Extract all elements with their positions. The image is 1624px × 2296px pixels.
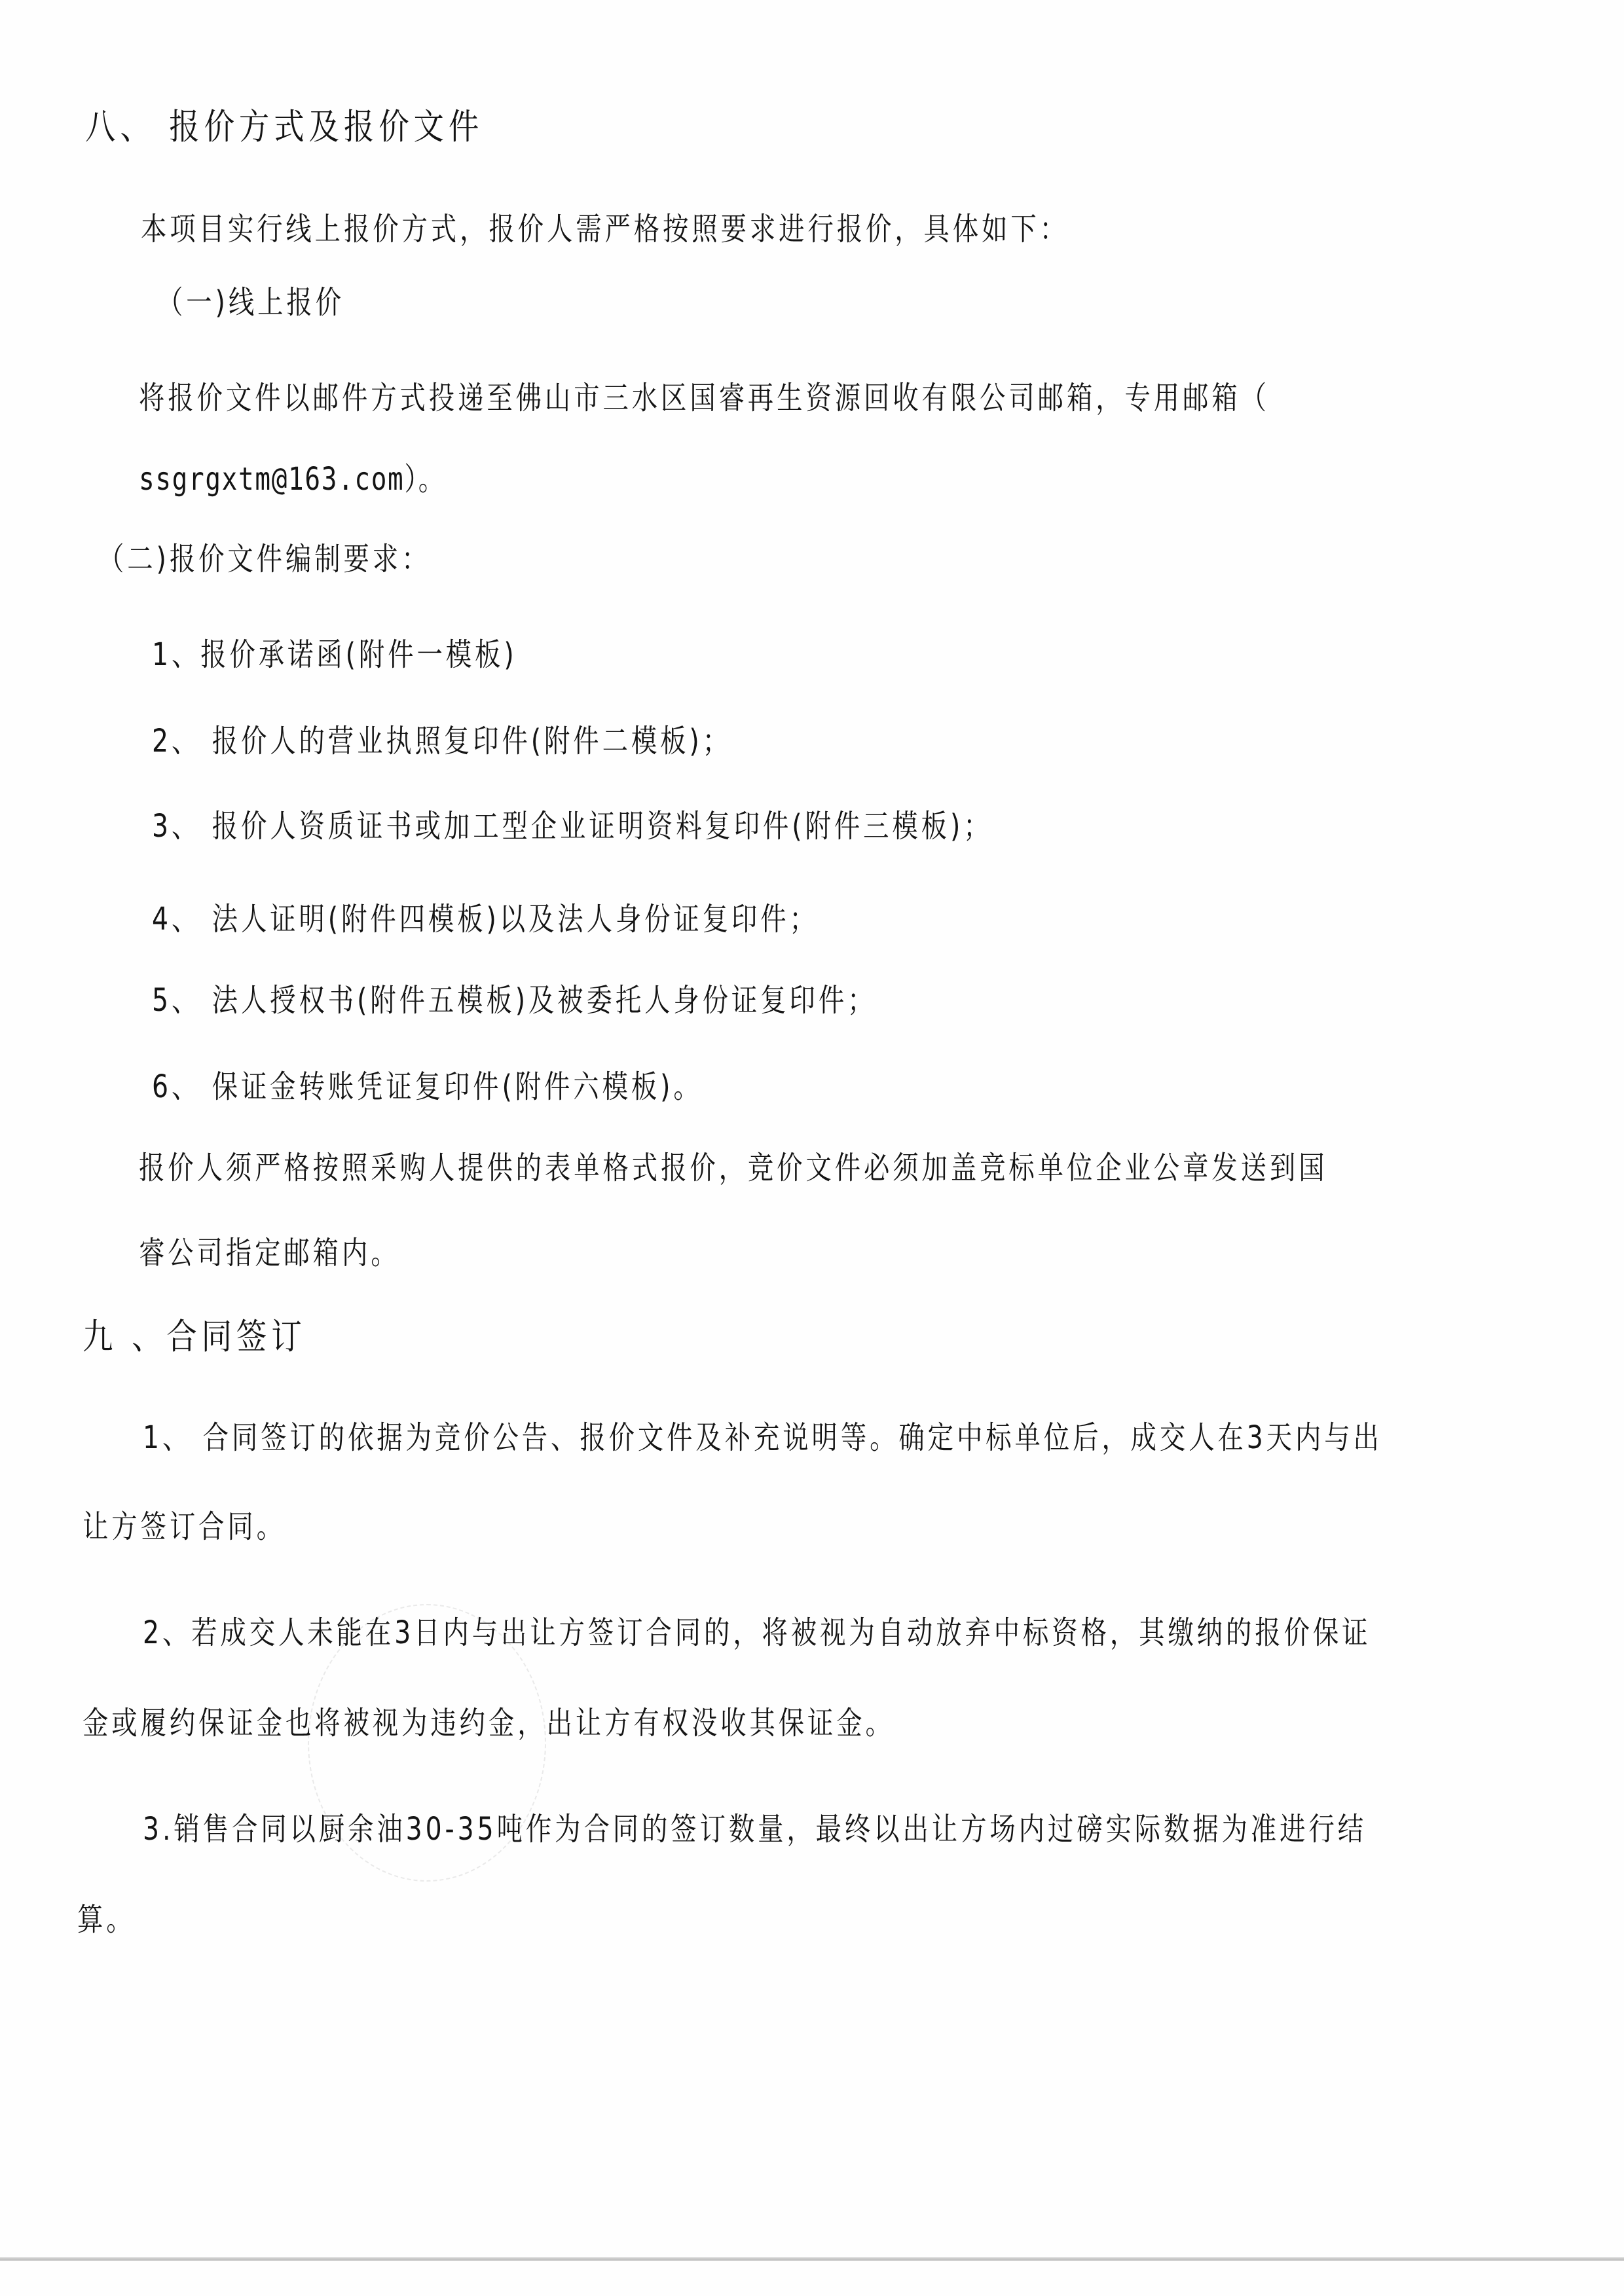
requirement-item-1: 1、报价承诺函(附件一模板) [152,634,517,676]
requirement-item-3: 3、 报价人资质证书或加工型企业证明资料复印件(附件三模板)； [152,805,993,847]
requirement-item-4: 4、 法人证明(附件四模板)以及法人身份证复印件； [152,898,819,940]
requirements-note-line1: 报价人须严格按照采购人提供的表单格式报价，竞价文件必须加盖竞标单位企业公章发送到… [139,1147,1327,1189]
clause-2-line1: 2、若成交人未能在3日内与出让方签订合同的，将被视为自动放弃中标资格，其缴纳的报… [143,1612,1371,1654]
online-quote-text-line1: 将报价文件以邮件方式投递至佛山市三水区国睿再生资源回收有限公司邮箱，专用邮箱（ [139,377,1270,419]
requirements-note-line2: 睿公司指定邮箱内。 [139,1232,400,1274]
requirement-item-5: 5、 法人授权书(附件五模板)及被委托人身份证复印件； [152,979,876,1021]
clause-3-line2: 算。 [77,1899,136,1941]
section-8-intro: 本项目实行线上报价方式，报价人需严格按照要求进行报价，具体如下： [141,208,1069,250]
requirement-item-2: 2、 报价人的营业执照复印件(附件二模板)； [152,720,731,762]
scanned-page: 八、 报价方式及报价文件 本项目实行线上报价方式，报价人需严格按照要求进行报价，… [0,0,1624,2296]
requirement-item-6: 6、 保证金转账凭证复印件(附件六模板)。 [152,1066,703,1108]
clause-1-line1: 1、 合同签订的依据为竞价公告、报价文件及补充说明等。确定中标单位后，成交人在3… [143,1417,1382,1459]
section-9-heading: 九 、合同签订 [83,1316,306,1358]
subsection-online-quote-title: （一)线上报价 [157,282,344,323]
subsection-doc-requirements-title: （二)报价文件编制要求： [98,538,430,580]
scan-edge-line [0,2257,1624,2261]
clause-2-line2: 金或履约保证金也将被视为违约金，出让方有权没收其保证金。 [83,1702,895,1744]
section-8-heading: 八、 报价方式及报价文件 [85,106,483,148]
online-quote-email-line: ssgrgxtm@163.com）。 [139,458,445,500]
clause-1-line2: 让方签订合同。 [83,1506,286,1548]
clause-3-line1: 3.销售合同以厨余油30-35吨作为合同的签订数量，最终以出让方场内过磅实际数据… [143,1808,1367,1850]
